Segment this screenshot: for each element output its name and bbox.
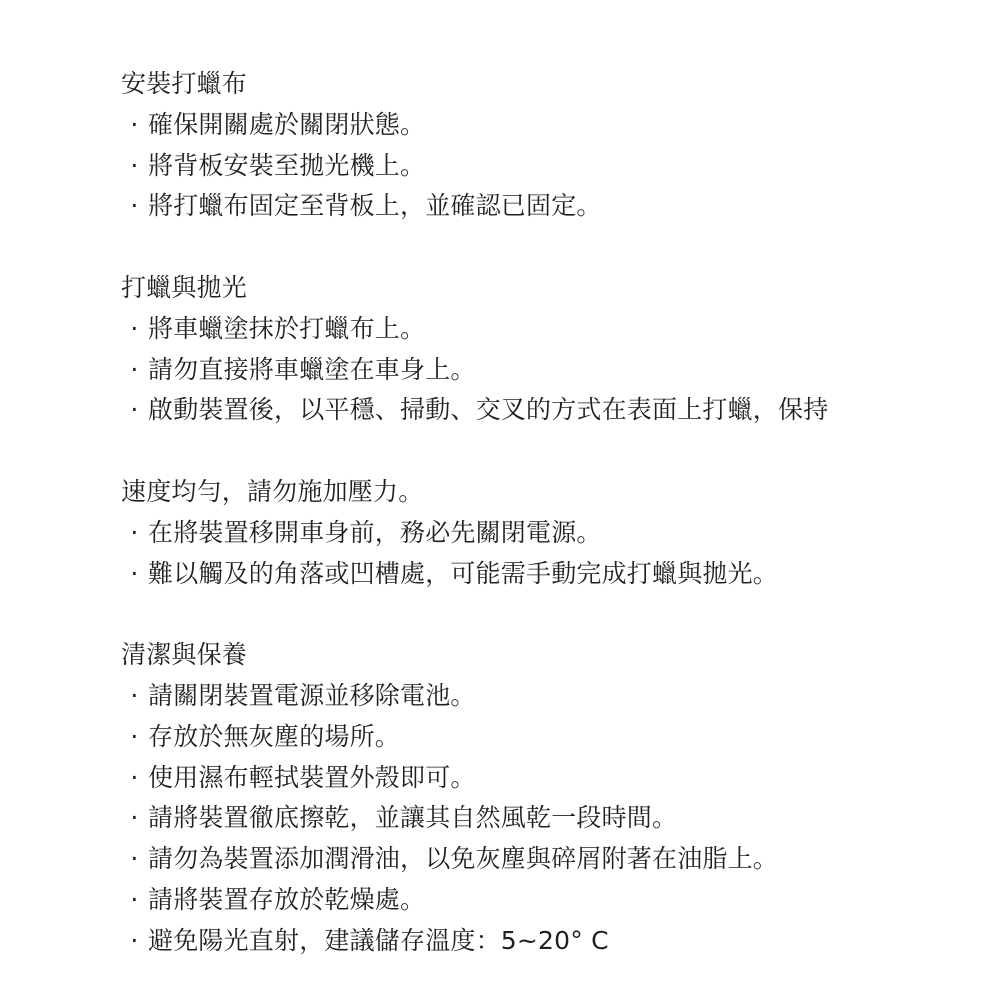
section-spacer <box>121 431 981 472</box>
section-heading-install-pad: 安裝打蠟布 <box>121 64 981 105</box>
list-item: ·將背板安裝至拋光機上。 <box>121 146 981 187</box>
bullet-icon: · <box>121 105 148 146</box>
bullet-icon: · <box>121 798 148 839</box>
bullet-icon: · <box>121 839 148 880</box>
list-item: ·難以觸及的角落或凹槽處，可能需手動完成打蠟與拋光。 <box>121 554 981 595</box>
bullet-icon: · <box>121 390 148 431</box>
list-item: ·請關閉裝置電源並移除電池。 <box>121 676 981 717</box>
section-heading-cleaning-maintenance: 清潔與保養 <box>121 635 981 676</box>
bullet-icon: · <box>121 350 148 391</box>
section-spacer <box>121 594 981 635</box>
bullet-icon: · <box>121 513 148 554</box>
list-item: ·使用濕布輕拭裝置外殼即可。 <box>121 758 981 799</box>
bullet-icon: · <box>121 146 148 187</box>
instruction-document: 安裝打蠟布 ·確保開關處於關閉狀態。 ·將背板安裝至拋光機上。 ·將打蠟布固定至… <box>121 64 981 962</box>
bullet-icon: · <box>121 554 148 595</box>
bullet-icon: · <box>121 758 148 799</box>
list-item: ·請將裝置徹底擦乾，並讓其自然風乾一段時間。 <box>121 798 981 839</box>
list-item: ·確保開關處於關閉狀態。 <box>121 105 981 146</box>
list-item: ·存放於無灰塵的場所。 <box>121 717 981 758</box>
section-heading-waxing-polishing: 打蠟與拋光 <box>121 268 981 309</box>
bullet-icon: · <box>121 717 148 758</box>
list-item: ·在將裝置移開車身前，務必先關閉電源。 <box>121 513 981 554</box>
bullet-icon: · <box>121 676 148 717</box>
list-item: ·請將裝置存放於乾燥處。 <box>121 880 981 921</box>
list-item: ·將車蠟塗抹於打蠟布上。 <box>121 309 981 350</box>
section-spacer <box>121 227 981 268</box>
bullet-icon: · <box>121 186 148 227</box>
list-item: ·避免陽光直射，建議儲存溫度：5~20° C <box>121 921 981 962</box>
list-item: ·請勿為裝置添加潤滑油，以免灰塵與碎屑附著在油脂上。 <box>121 839 981 880</box>
bullet-icon: · <box>121 880 148 921</box>
list-item-continuation: 速度均勻，請勿施加壓力。 <box>121 472 981 513</box>
bullet-icon: · <box>121 309 148 350</box>
list-item: ·請勿直接將車蠟塗在車身上。 <box>121 350 981 391</box>
list-item: ·將打蠟布固定至背板上，並確認已固定。 <box>121 186 981 227</box>
list-item: ·啟動裝置後，以平穩、掃動、交叉的方式在表面上打蠟，保持 <box>121 390 981 431</box>
bullet-icon: · <box>121 921 148 962</box>
